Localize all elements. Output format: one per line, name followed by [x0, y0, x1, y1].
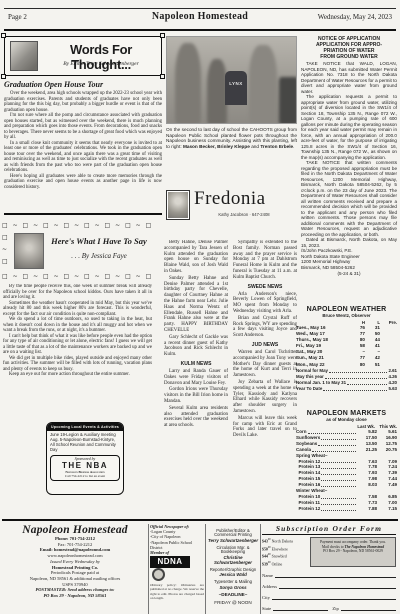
markets-title: NAPOLEON MARKETS	[296, 410, 397, 417]
fredonia-header: Fredonia Kathy Jacobson · 647-2408	[164, 188, 297, 236]
caption-name: Mason Becker, Brinley Kleppe	[183, 144, 250, 149]
article-body: Over the weekend, area high schools wrap…	[4, 91, 162, 190]
fredonia-item: Joy Zebarta of Wallace is spending a wee…	[233, 380, 297, 415]
price-cents: 00	[268, 538, 271, 541]
lastweek-price: 8.03	[357, 482, 377, 488]
form-row-state-zip: State Zip	[262, 606, 396, 611]
legal-paragraph: The application requests a permit to app…	[301, 94, 397, 160]
events-box: Upcoming Local Events & Activities June …	[46, 422, 124, 495]
subscription-option: $5000 Elsewhere	[262, 545, 308, 553]
masthead-title: Napoleon Homestead	[4, 524, 146, 536]
ndna-logo: NDNA	[150, 556, 190, 568]
fredonia-subhead: SWEDE NEWS	[233, 284, 297, 290]
price-cents: 00	[268, 553, 271, 556]
cahoots-planting-photo: LYNX	[166, 36, 297, 124]
weather-observer: Bruce Wentz, Observer	[296, 313, 397, 318]
correspondent-photo	[168, 192, 188, 218]
nba-sponsor-box: Sponsored by THE NBA Napoleon Business A…	[50, 455, 120, 481]
staff-box: Publisher/Editor & Commercial Printing T…	[207, 526, 259, 606]
photo-figure	[249, 45, 277, 124]
thisweek-price: 7.49	[377, 482, 397, 488]
thisweek-price: 7.15	[377, 506, 397, 512]
staff-name: Terry Schwartzenberger	[207, 538, 259, 543]
dot-leader	[329, 372, 387, 373]
column-divider	[148, 524, 149, 614]
price-label: Snowbird	[272, 554, 287, 558]
weather-summary-label: Year To Date	[296, 386, 322, 392]
fredonia-columns: Betty Hahne, Denise Palmer accompanied b…	[164, 240, 297, 502]
dot-leader	[321, 474, 356, 475]
association-seal	[152, 568, 165, 581]
subscription-title: Subscription Order Form	[262, 524, 396, 535]
decorative-border: □ ~ □	[2, 232, 10, 268]
fredonia-item: Arla Anderson's niece, Beverly Lowen of …	[233, 292, 297, 315]
staff-name: Christine Schwartzenberger	[207, 555, 259, 565]
fredonia-item: Gordon Irions were Thursday visitors in …	[164, 387, 228, 404]
price-label: Elsewhere	[272, 547, 288, 551]
weather-summary: Normal for May 2.61 May this year 4.26 N…	[296, 368, 397, 392]
jessica-column-box: □ ~ □ ~ □ ~ □ ~ □ ~ □ ~ □ ~ □ ~ □ □ ~ □ …	[2, 222, 152, 280]
city-field-line[interactable]	[272, 595, 396, 600]
fredonia-item: Warren and Carol Tschritter accompanied …	[233, 350, 297, 379]
markets-subtitle: as of Monday close	[296, 417, 397, 422]
form-row-name: Name	[262, 573, 396, 578]
weather-summary-row: Year To Date 5.63	[296, 386, 397, 392]
editorial-article: Graduation Open House Tour Over the week…	[4, 80, 162, 212]
fredonia-item: Sunday Betty Hahne and Denise Palmer att…	[164, 276, 228, 334]
address-field-line[interactable]	[279, 584, 396, 589]
deadline-value: FRIDAY @ NOON	[207, 600, 259, 605]
commodity-label: Protein 12	[296, 506, 320, 512]
dot-leader	[321, 480, 356, 481]
column-divider	[205, 524, 206, 614]
words-column-title: Words For Thought...	[43, 42, 159, 72]
state-field-label: State	[262, 606, 271, 611]
dot-leader	[318, 445, 356, 446]
dot-leader	[323, 390, 387, 391]
fredonia-column-2: Sympathy is extended to the Bost family.…	[233, 240, 297, 502]
photo-planter	[279, 77, 297, 124]
state-field-line[interactable]	[273, 606, 328, 611]
official-item: -Napoleon Public School District	[150, 540, 204, 550]
event-item: Aug. 5-Napoleon-Burnstad-Kintyre, All Sc…	[50, 438, 120, 453]
caption-name: Trenton Erbele	[260, 144, 293, 149]
dot-leader	[347, 384, 387, 385]
bottom-section-rule	[2, 519, 398, 521]
fredonia-item: Gary Schlecht of Gackle was a recent din…	[164, 335, 228, 358]
price-label: Online	[272, 562, 283, 566]
payment-instructions-box: Payment must accompany order. Thank you.…	[310, 537, 396, 567]
jessica-headshot-photo	[14, 233, 44, 269]
zip-field-line[interactable]	[341, 606, 396, 611]
article-paragraph: Over the weekend, area high schools wrap…	[4, 91, 162, 113]
subscription-option: $4400 Snowbird	[262, 552, 308, 560]
legal-body: TAKE NOTICE that WALD, LOGAN, NAPOLEON, …	[301, 61, 397, 237]
frame-ornament	[160, 33, 165, 38]
markets-row: Protein 12 7.88 7.15	[296, 506, 397, 512]
staff-name: Jessica Wald	[207, 572, 259, 577]
weather-low: 51	[365, 362, 380, 368]
weather-summary-value: 5.63	[388, 386, 397, 392]
markets-table: Corn 5.82 5.61 Sunflowers 17.50 16.90 So…	[296, 429, 397, 512]
fredonia-subhead: KULM NEWS	[164, 361, 228, 367]
subscription-option: $3900 Online	[262, 560, 308, 568]
article-end-rule	[4, 213, 162, 215]
photo-figure	[207, 59, 227, 124]
legal-paragraph: TAKE NOTICE that WALD, LOGAN, NAPOLEON, …	[301, 61, 397, 94]
lastweek-price: 21.25	[357, 447, 377, 453]
photo-caption: On the second to last day of school the …	[166, 127, 297, 149]
fredonia-item: Sympathy is extended to the Bost family.…	[233, 240, 297, 281]
legal-notice: NOTICE OF APPLICATION APPLICATION FOR AP…	[301, 36, 397, 276]
jessica-column-byline: . . . By Jessica Faye	[48, 252, 150, 260]
jessica-paragraph: By the time people receive this, one wee…	[3, 284, 152, 301]
words-column-byline: By Editor Terry Schwartzenberger	[43, 61, 159, 67]
newspaper-page: Page 2 Napoleon Homestead Wednesday, May…	[0, 0, 400, 614]
events-box-title: Upcoming Local Events & Activities	[47, 423, 123, 431]
words-for-thought-box: Words For Thought... By Editor Terry Sch…	[4, 36, 162, 76]
decorative-border: □ ~ □ ~ □ ~ □ ~ □ ~ □ ~ □ ~ □ ~ □	[2, 273, 152, 280]
column-divider	[260, 524, 261, 614]
legal-signature: Bismarck, ND 58504-5262	[301, 265, 397, 271]
dot-leader	[312, 451, 356, 452]
dot-leader	[321, 439, 356, 440]
city-field-label: City	[262, 595, 270, 600]
staff-name: Sonya Gross	[207, 585, 259, 590]
staff-role: Publisher/Editor & Commercial Printing	[207, 529, 259, 539]
dot-leader	[321, 468, 356, 469]
thisweek-price: 20.75	[377, 447, 397, 453]
jessica-paragraph: Sometimes the weather hasn't cooperated …	[3, 301, 152, 318]
form-row-city: City	[262, 595, 396, 600]
legal-dated: Dated at Bismarck, North Dakota, on May …	[301, 237, 397, 248]
jessica-paragraph: Keep an eye out for more action througho…	[3, 372, 152, 378]
staff-role: Circulation Mgr. & Bookkeeping	[207, 546, 259, 556]
fredonia-title: Fredonia	[194, 188, 266, 210]
jessica-column-body: By the time people receive this, one wee…	[3, 284, 152, 412]
nba-call-line: Call 754-2212 to list an event	[52, 474, 118, 478]
weather-title: NAPOLEON WEATHER	[296, 306, 397, 313]
weather-box: NAPOLEON WEATHER Bruce Wentz, Observer H…	[296, 306, 397, 392]
subscription-order-form: Subscription Order Form $4300 North Dako…	[262, 524, 396, 614]
obituary-policy: Obituary policy: Obituaries are publishe…	[150, 583, 204, 600]
correspondent-photo-frame	[166, 190, 190, 220]
fredonia-item: Betty Hahne, Denise Palmer accompanied b…	[164, 240, 228, 275]
jessica-paragraph: I can't help but think of what it was li…	[3, 334, 152, 356]
name-field-label: Name	[262, 573, 273, 578]
price-label: North Dakota	[272, 539, 293, 543]
fredonia-contact: Kathy Jacobson · 647-2408	[194, 212, 294, 217]
lastweek-price: 7.88	[357, 506, 377, 512]
jessica-column-title: Here's What I Have To Say	[48, 236, 150, 246]
fredonia-item: Several Kulm area residents also attende…	[164, 406, 228, 429]
header-top-rule	[4, 8, 396, 9]
header-bottom-rule	[4, 29, 396, 31]
dot-leader	[321, 498, 356, 499]
fredonia-subhead: JUD NEWS	[233, 342, 297, 348]
decorative-border: □ ~ □ ~ □ ~ □ ~ □ ~ □ ~ □ ~ □ ~ □	[2, 222, 152, 229]
weather-table: Tues., May 16 76 31 Wed., May 17 77 50 T…	[296, 325, 397, 368]
editor-headshot-photo	[10, 41, 38, 71]
nba-name: THE NBA	[52, 461, 118, 470]
legal-paragraph: TAKE NOTICE that written comments regard…	[301, 160, 397, 237]
jessica-paragraph: We did get in multiple bike rides, playe…	[3, 356, 152, 373]
official-newspaper-box: Official Newspaper of: -Logan County-Cit…	[150, 524, 204, 600]
legal-heading: FROM GROUND WATER	[301, 54, 397, 60]
official-list: -Logan County-City of Napoleon-Napoleon …	[150, 529, 204, 550]
dot-leader	[321, 462, 356, 463]
zip-field-label: Zip	[332, 606, 338, 611]
frame-ornament	[1, 33, 6, 38]
fredonia-column-1: Betty Hahne, Denise Palmer accompanied b…	[164, 240, 228, 502]
subscription-prices: $4300 North Dakota $5000 Elsewhere $4400…	[262, 537, 308, 567]
dot-leader	[325, 378, 388, 379]
weather-high: 80	[350, 362, 365, 368]
issue-date: Wednesday, May 24, 2023	[318, 13, 392, 21]
masthead: Napoleon Homestead Phone: 701-754-2212 F…	[4, 524, 146, 599]
member-of-label: Member of	[150, 550, 204, 555]
article-paragraph: Here's hoping all graduates were able to…	[4, 174, 162, 191]
dot-leader	[308, 433, 357, 434]
subscription-option: $4300 North Dakota	[262, 537, 308, 545]
markets-box: NAPOLEON MARKETS as of Monday close Last…	[296, 410, 397, 512]
price-cents: 00	[268, 561, 271, 564]
fredonia-item: Marcus will leave this week for camp wit…	[233, 416, 297, 439]
price-cents: 00	[268, 546, 271, 549]
photo-lynx-jersey: LYNX	[225, 71, 247, 105]
dot-leader	[321, 504, 356, 505]
form-row-address: Address	[262, 584, 396, 589]
article-paragraph: I'm not sure where all the pomp and circ…	[4, 113, 162, 141]
article-title: Graduation Open House Tour	[4, 80, 162, 89]
events-list: June 19-Legion & Auxiliary meetingAug. 5…	[47, 431, 123, 454]
fredonia-item: Larry and Randa Gauer of Oakes were Frid…	[164, 369, 228, 386]
jessica-paragraph: We do spend a lot of time outdoors, so u…	[3, 317, 152, 334]
address-field-label: Address	[262, 584, 277, 589]
article-paragraph: In a small close knit community it seems…	[4, 141, 162, 174]
deadline-label: –DEADLINE–	[207, 592, 259, 597]
frame-ornament	[160, 74, 165, 79]
dot-leader	[321, 486, 356, 487]
photo-figure	[175, 43, 201, 124]
frame-ornament	[1, 74, 6, 79]
name-field-line[interactable]	[275, 573, 396, 578]
fredonia-item: Brian and Crystal Ruff of Rock Springs, …	[233, 316, 297, 339]
legal-run-dates: (5-24 & 31)	[301, 271, 397, 276]
dot-leader	[321, 510, 356, 511]
masthead-postmaster-line: PO Box 29 - Napoleon, ND 58561	[4, 593, 146, 599]
